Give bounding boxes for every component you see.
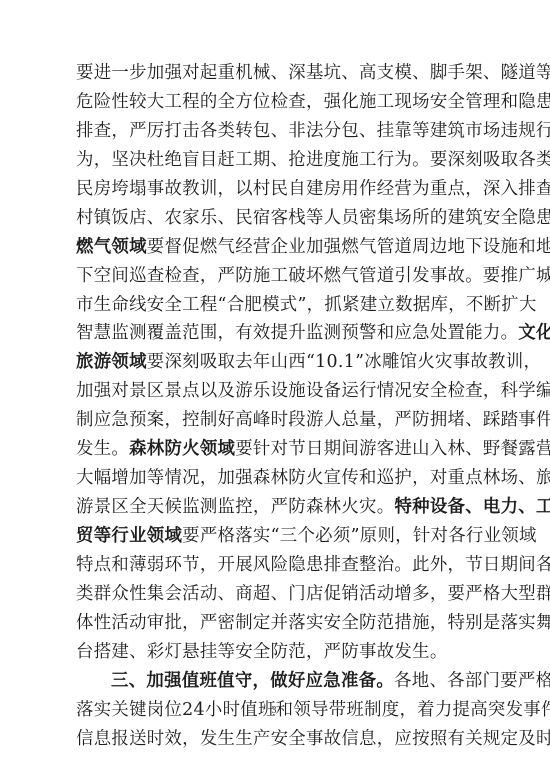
bold-heading-text: 燃气领域 — [76, 237, 147, 257]
body-text-segment: 信息报送时效，发生生产安全事故信息，应按照有关规定及时 — [76, 729, 550, 749]
body-text-segment: 落实关键岗位24小时值班和领导带班制度，着力提高突发事件 — [76, 700, 550, 720]
body-text-segment: 要进一步加强对起重机械、深基坑、高支模、脚手架、隧道等 — [76, 63, 550, 83]
text-line: 智慧监测覆盖范围，有效提升监测预警和应急处置能力。文化 — [76, 319, 478, 348]
body-text-segment: 要严格落实“三个必须”原则，针对各行业领域 — [182, 526, 537, 546]
document-page: 要进一步加强对起重机械、深基坑、高支模、脚手架、隧道等危险性较大工程的全方位检查… — [0, 0, 550, 774]
text-line: 村镇饭店、农家乐、民宿客栈等人员密集场所的建筑安全隐患。 — [76, 204, 478, 233]
text-line: 要进一步加强对起重机械、深基坑、高支模、脚手架、隧道等 — [76, 59, 478, 88]
body-text-segment: 危险性较大工程的全方位检查，强化施工现场安全管理和隐患 — [76, 92, 550, 112]
bold-heading-text: 文化 — [518, 323, 550, 343]
text-line: 排查，严厉打击各类转包、非法分包、挂靠等建筑市场违规行 — [76, 117, 478, 146]
text-line: 制应急预案，控制好高峰时段游人总量，严防拥堵、踩踏事件 — [76, 406, 478, 435]
document-body: 要进一步加强对起重机械、深基坑、高支模、脚手架、隧道等危险性较大工程的全方位检查… — [76, 59, 478, 754]
bold-heading-text: 森林防火领域 — [129, 439, 235, 459]
bold-heading-text: 特种设备、电力、工 — [394, 497, 550, 517]
body-text-segment: 加强对景区景点以及游乐设施设备运行情况安全检查，科学编 — [76, 381, 550, 401]
body-text-segment: 发生。 — [76, 439, 129, 459]
text-line: 三、加强值班值守，做好应急准备。各地、各部门要严格 — [76, 667, 478, 696]
body-text-segment: 智慧监测覆盖范围，有效提升监测预警和应急处置能力。 — [76, 323, 518, 343]
page-number: 3 — [268, 705, 280, 716]
body-text-segment: 要深刻吸取去年山西“10.1”冰雕馆火灾事故教训， — [147, 352, 541, 372]
body-text-segment: 市生命线安全工程“合肥模式”，抓紧建立数据库，不断扩大 — [76, 295, 537, 315]
body-text-segment: 各地、各部门要严格 — [394, 671, 550, 691]
text-line: 旅游领域要深刻吸取去年山西“10.1”冰雕馆火灾事故教训， — [76, 348, 478, 377]
text-line: 信息报送时效，发生生产安全事故信息，应按照有关规定及时 — [76, 725, 478, 754]
body-text-segment: 下空间巡查检查，严防施工破坏燃气管道引发事故。要推广城 — [76, 266, 550, 286]
body-text-segment: 体性活动审批，严密制定并落实安全防范措施，特别是落实舞 — [76, 613, 550, 633]
body-text-segment: 要针对节日期间游客进山入林、野餐露营 — [235, 439, 550, 459]
bold-heading-text: 贸等行业领域 — [76, 526, 182, 546]
text-line: 加强对景区景点以及游乐设施设备运行情况安全检查，科学编 — [76, 377, 478, 406]
body-text-segment: 为，坚决杜绝盲目赶工期、抢进度施工行为。要深刻吸取各类 — [76, 150, 550, 170]
body-text-segment: 特点和薄弱环节，开展风险隐患排查整治。此外，节日期间各 — [76, 555, 550, 575]
text-line: 特点和薄弱环节，开展风险隐患排查整治。此外，节日期间各 — [76, 551, 478, 580]
text-line: 燃气领域要督促燃气经营企业加强燃气管道周边地下设施和地 — [76, 233, 478, 262]
body-text-segment: 民房垮塌事故教训，以村民自建房用作经营为重点，深入排查 — [76, 179, 550, 199]
body-text-segment: 要督促燃气经营企业加强燃气管道周边地下设施和地 — [147, 237, 550, 257]
text-line: 台搭建、彩灯悬挂等安全防范，严防事故发生。 — [76, 638, 478, 667]
bold-heading-text: 三、加强值班值守，做好应急准备。 — [111, 671, 394, 691]
text-line: 大幅增加等情况，加强森林防火宣传和巡护，对重点林场、旅 — [76, 464, 478, 493]
text-line: 危险性较大工程的全方位检查，强化施工现场安全管理和隐患 — [76, 88, 478, 117]
body-text-segment: 排查，严厉打击各类转包、非法分包、挂靠等建筑市场违规行 — [76, 121, 550, 141]
text-line: 贸等行业领域要严格落实“三个必须”原则，针对各行业领域 — [76, 522, 478, 551]
body-text-segment: 台搭建、彩灯悬挂等安全防范，严防事故发生。 — [76, 642, 448, 662]
body-text-segment: 类群众性集会活动、商超、门店促销活动增多，要严格大型群 — [76, 584, 550, 604]
text-line: 下空间巡查检查，严防施工破坏燃气管道引发事故。要推广城 — [76, 262, 478, 291]
text-line: 为，坚决杜绝盲目赶工期、抢进度施工行为。要深刻吸取各类 — [76, 146, 478, 175]
text-line: 类群众性集会活动、商超、门店促销活动增多，要严格大型群 — [76, 580, 478, 609]
text-line: 游景区全天候监测监控，严防森林火灾。特种设备、电力、工 — [76, 493, 478, 522]
body-text-segment: 制应急预案，控制好高峰时段游人总量，严防拥堵、踩踏事件 — [76, 410, 550, 430]
text-line: 民房垮塌事故教训，以村民自建房用作经营为重点，深入排查 — [76, 175, 478, 204]
body-text-segment: 大幅增加等情况，加强森林防火宣传和巡护，对重点林场、旅 — [76, 468, 550, 488]
body-text-segment: 游景区全天候监测监控，严防森林火灾。 — [76, 497, 394, 517]
body-text-segment: 村镇饭店、农家乐、民宿客栈等人员密集场所的建筑安全隐患。 — [76, 208, 550, 228]
text-line: 市生命线安全工程“合肥模式”，抓紧建立数据库，不断扩大 — [76, 291, 478, 320]
bold-heading-text: 旅游领域 — [76, 352, 147, 372]
text-line: 体性活动审批，严密制定并落实安全防范措施，特别是落实舞 — [76, 609, 478, 638]
text-line: 发生。森林防火领域要针对节日期间游客进山入林、野餐露营 — [76, 435, 478, 464]
